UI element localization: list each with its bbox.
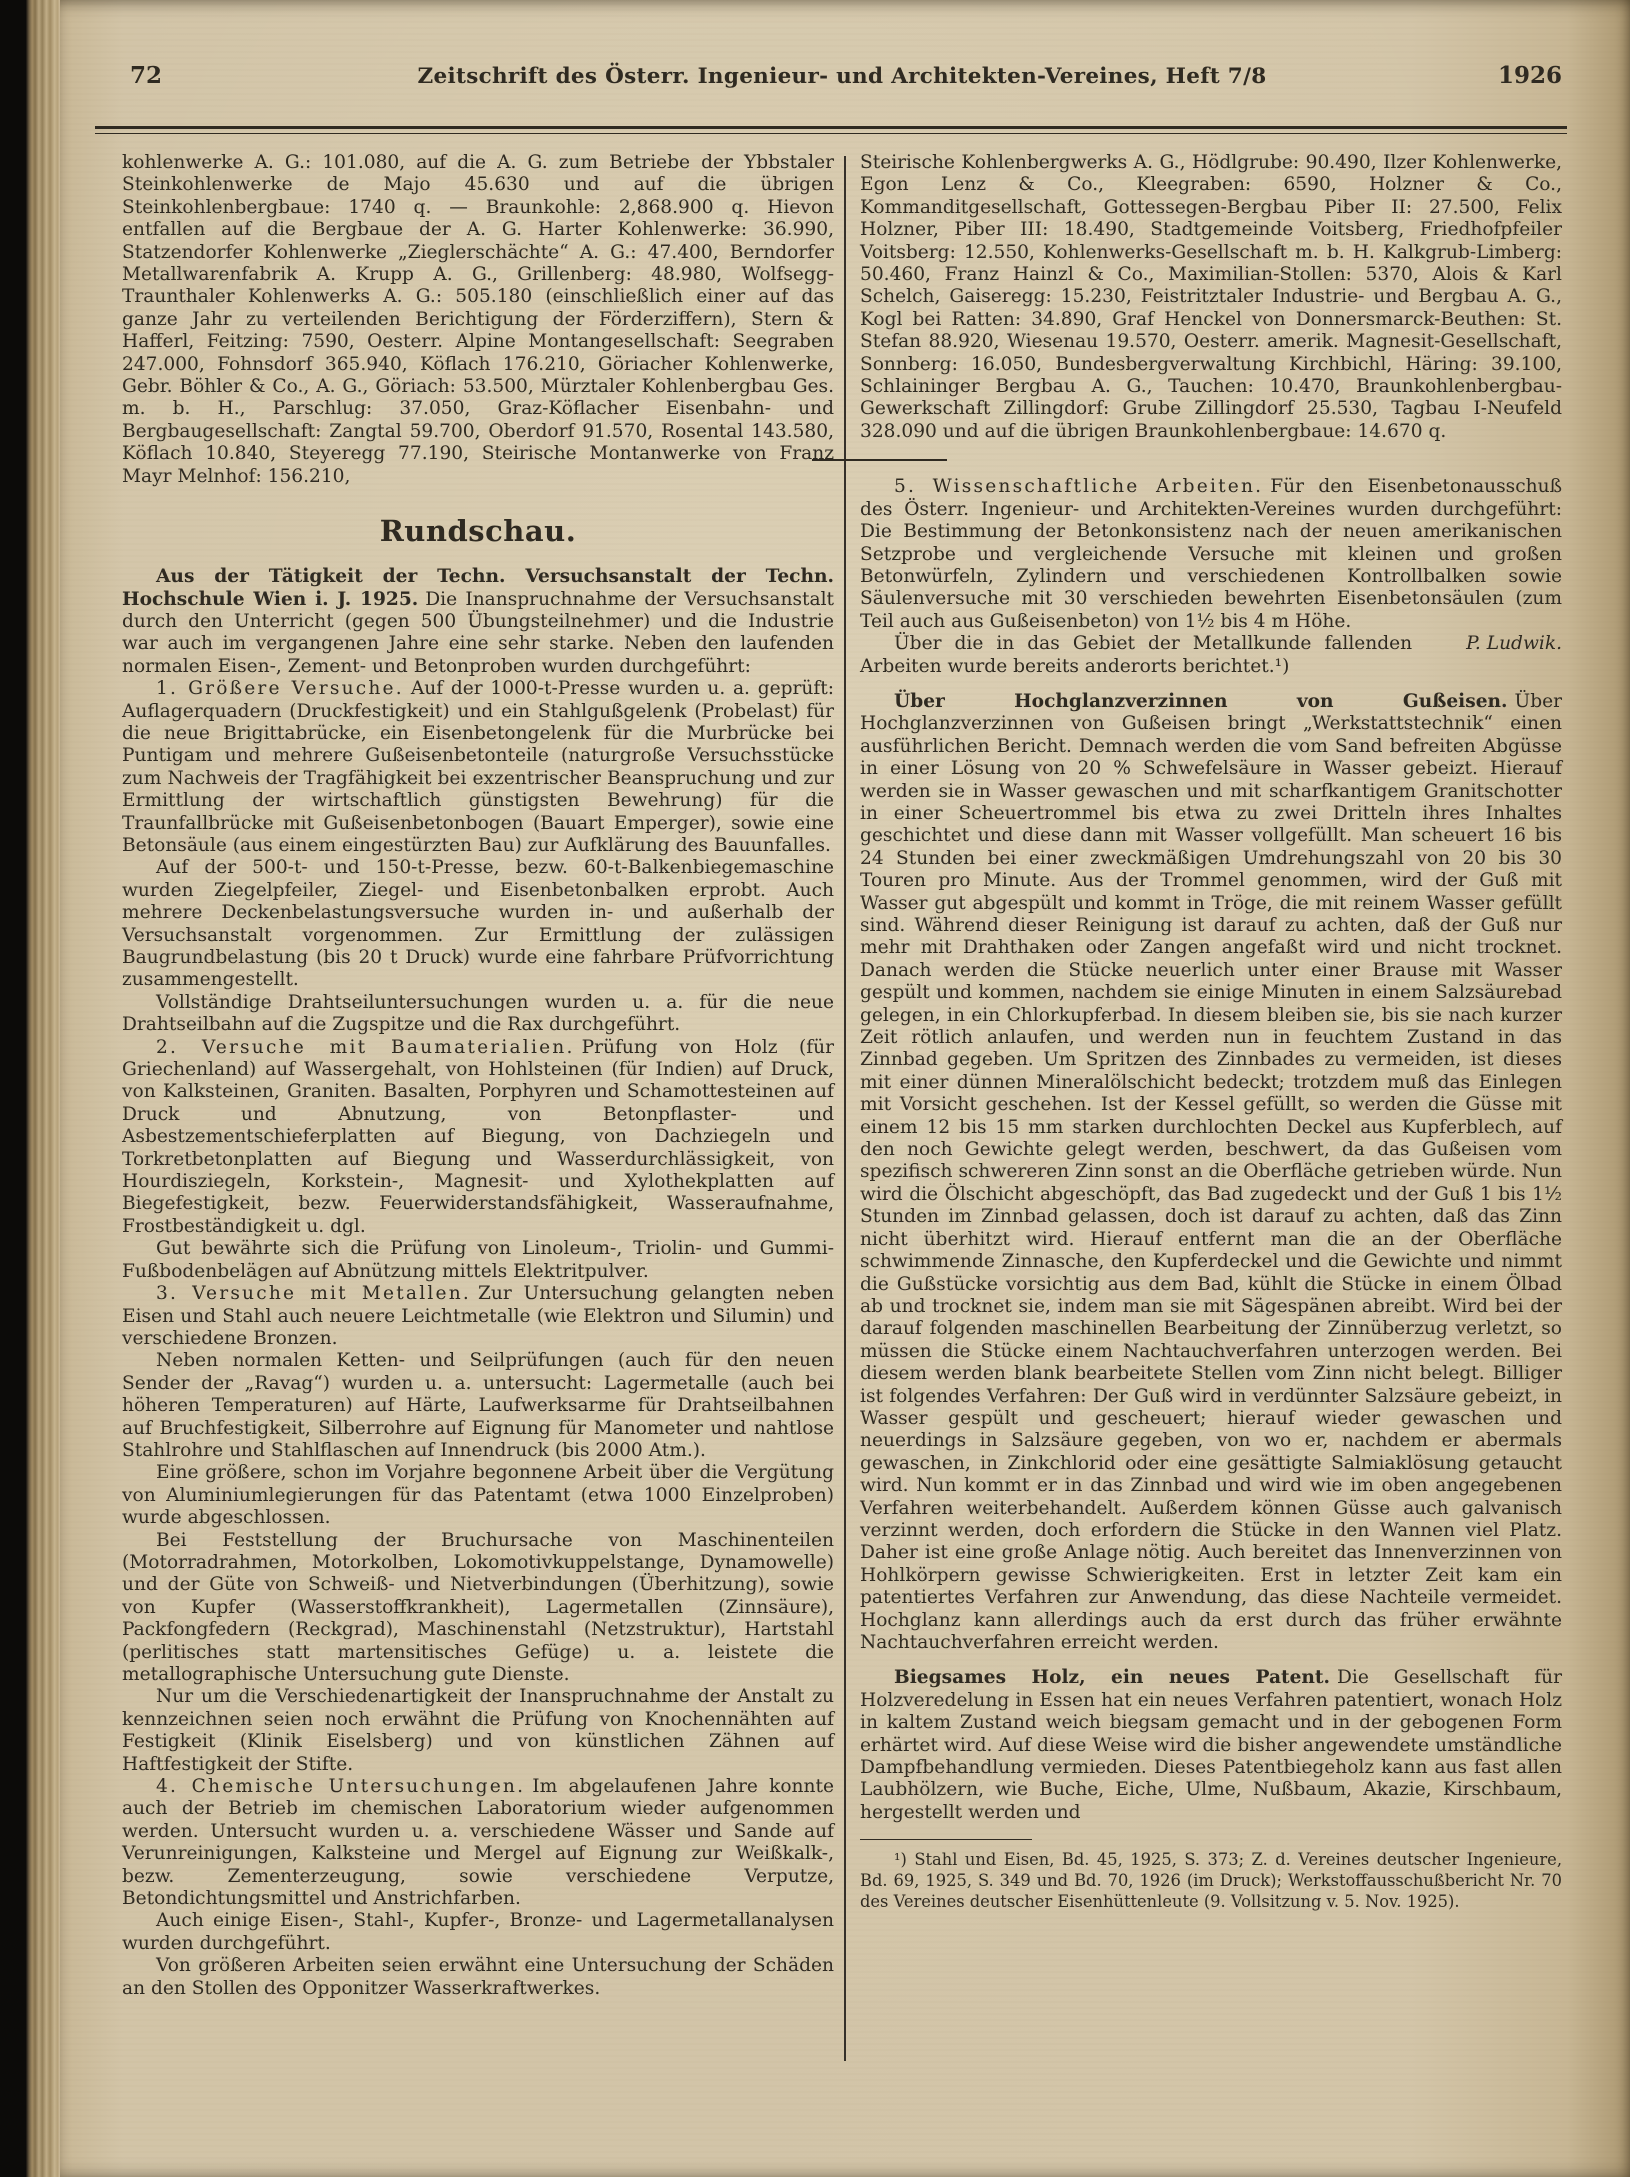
- paragraph-ketten: Neben normalen Ketten- und Seilprüfungen…: [122, 1350, 834, 1462]
- paragraph-text: Für den Eisenbetonausschuß des Österr. I…: [860, 476, 1562, 631]
- article-biegsames-holz: Biegsames Holz, ein neues Patent.Die Ges…: [860, 1667, 1562, 1824]
- stats-continuation-right: Steirische Kohlenbergwerks A. G., Hödlgr…: [860, 152, 1562, 443]
- paragraph-verschiedenartigkeit: Nur um die Verschiedenartigkeit der Inan…: [122, 1686, 834, 1776]
- section-heading-rundschau: Rundschau.: [122, 514, 834, 548]
- paragraph-text: Über die in das Gebiet der Metallkunde f…: [860, 633, 1412, 676]
- issue-year: 1926: [1498, 62, 1562, 89]
- article-text: Die Gesellschaft für Holzveredelung in E…: [860, 1667, 1562, 1822]
- article-lead: Über Hochglanzverzinnen von Gußeisen.: [894, 691, 1508, 712]
- paragraph-aluminium: Eine größere, schon im Vorjahre begonnen…: [122, 1462, 834, 1529]
- article-taetigkeit: Aus der Tätigkeit der Techn. Versuchsans…: [122, 566, 834, 678]
- footnote-rule: [860, 1839, 1032, 1840]
- paragraph-drahtseil: Vollständige Drahtseiluntersuchungen wur…: [122, 992, 834, 1037]
- scanned-journal-page: 72 Zeitschrift des Österr. Ingenieur- un…: [0, 0, 1630, 2177]
- paragraph-groessere-versuche: 1. Größere Versuche.Auf der 1000-t-Press…: [122, 678, 834, 857]
- paragraph-wissenschaftliche: 5. Wissenschaftliche Arbeiten.Für den Ei…: [860, 476, 1562, 633]
- page-stack-edges: [26, 0, 60, 2177]
- paragraph-analysen: Auch einige Eisen-, Stahl-, Kupfer-, Bro…: [122, 1910, 834, 1955]
- left-column: kohlenwerke A. G.: 101.080, auf die A. G…: [122, 152, 834, 2000]
- paragraph-metallkunde: P. Ludwik.Über die in das Gebiet der Met…: [860, 633, 1562, 678]
- book-binding-edge: [0, 0, 26, 2177]
- paragraph-pressen: Auf der 500-t- und 150-t-Presse, bezw. 6…: [122, 857, 834, 991]
- numbered-lead: 4. Chemische Untersuchungen.: [156, 1776, 525, 1797]
- footnote: ¹) Stahl und Eisen, Bd. 45, 1925, S. 373…: [860, 1849, 1562, 1912]
- journal-title: Zeitschrift des Österr. Ingenieur- und A…: [122, 64, 1562, 89]
- article-lead: Biegsames Holz, ein neues Patent.: [894, 1667, 1330, 1688]
- paragraph-metalle: 3. Versuche mit Metallen.Zur Untersuchun…: [122, 1283, 834, 1350]
- article-text: Über Hochglanzverzinnen von Gußeisen bri…: [860, 691, 1562, 1653]
- paragraph-bruchursache: Bei Feststellung der Bruchursache von Ma…: [122, 1530, 834, 1687]
- stats-continuation-left: kohlenwerke A. G.: 101.080, auf die A. G…: [122, 152, 834, 488]
- right-column: Steirische Kohlenbergwerks A. G., Hödlgr…: [860, 152, 1562, 1912]
- paragraph-chemische: 4. Chemische Untersuchungen.Im abgelaufe…: [122, 1776, 834, 1910]
- paragraph-text: Auf der 1000-t-Presse wurden u. a. geprü…: [122, 678, 834, 856]
- column-divider-rule: [844, 156, 846, 2061]
- author-signature: P. Ludwik.: [1412, 633, 1562, 655]
- paragraph-text: Prüfung von Holz (für Griechenland) auf …: [122, 1037, 834, 1237]
- paper-page: 72 Zeitschrift des Österr. Ingenieur- un…: [60, 0, 1630, 2177]
- numbered-lead: 5. Wissenschaftliche Arbeiten.: [894, 476, 1263, 497]
- paragraph-linoleum: Gut bewährte sich die Prüfung von Linole…: [122, 1238, 834, 1283]
- page-header: 72 Zeitschrift des Österr. Ingenieur- un…: [122, 60, 1562, 96]
- paragraph-opponitz: Von größeren Arbeiten seien erwähnt eine…: [122, 1955, 834, 2000]
- numbered-lead: 1. Größere Versuche.: [156, 678, 404, 699]
- numbered-lead: 2. Versuche mit Baumaterialien.: [156, 1037, 575, 1058]
- paragraph-baumaterialien: 2. Versuche mit Baumaterialien.Prüfung v…: [122, 1037, 834, 1239]
- numbered-lead: 3. Versuche mit Metallen.: [156, 1283, 471, 1304]
- article-hochglanzverzinnen: Über Hochglanzverzinnen von Gußeisen.Übe…: [860, 691, 1562, 1654]
- article-end-rule: [812, 459, 947, 461]
- header-double-rule: [95, 126, 1567, 134]
